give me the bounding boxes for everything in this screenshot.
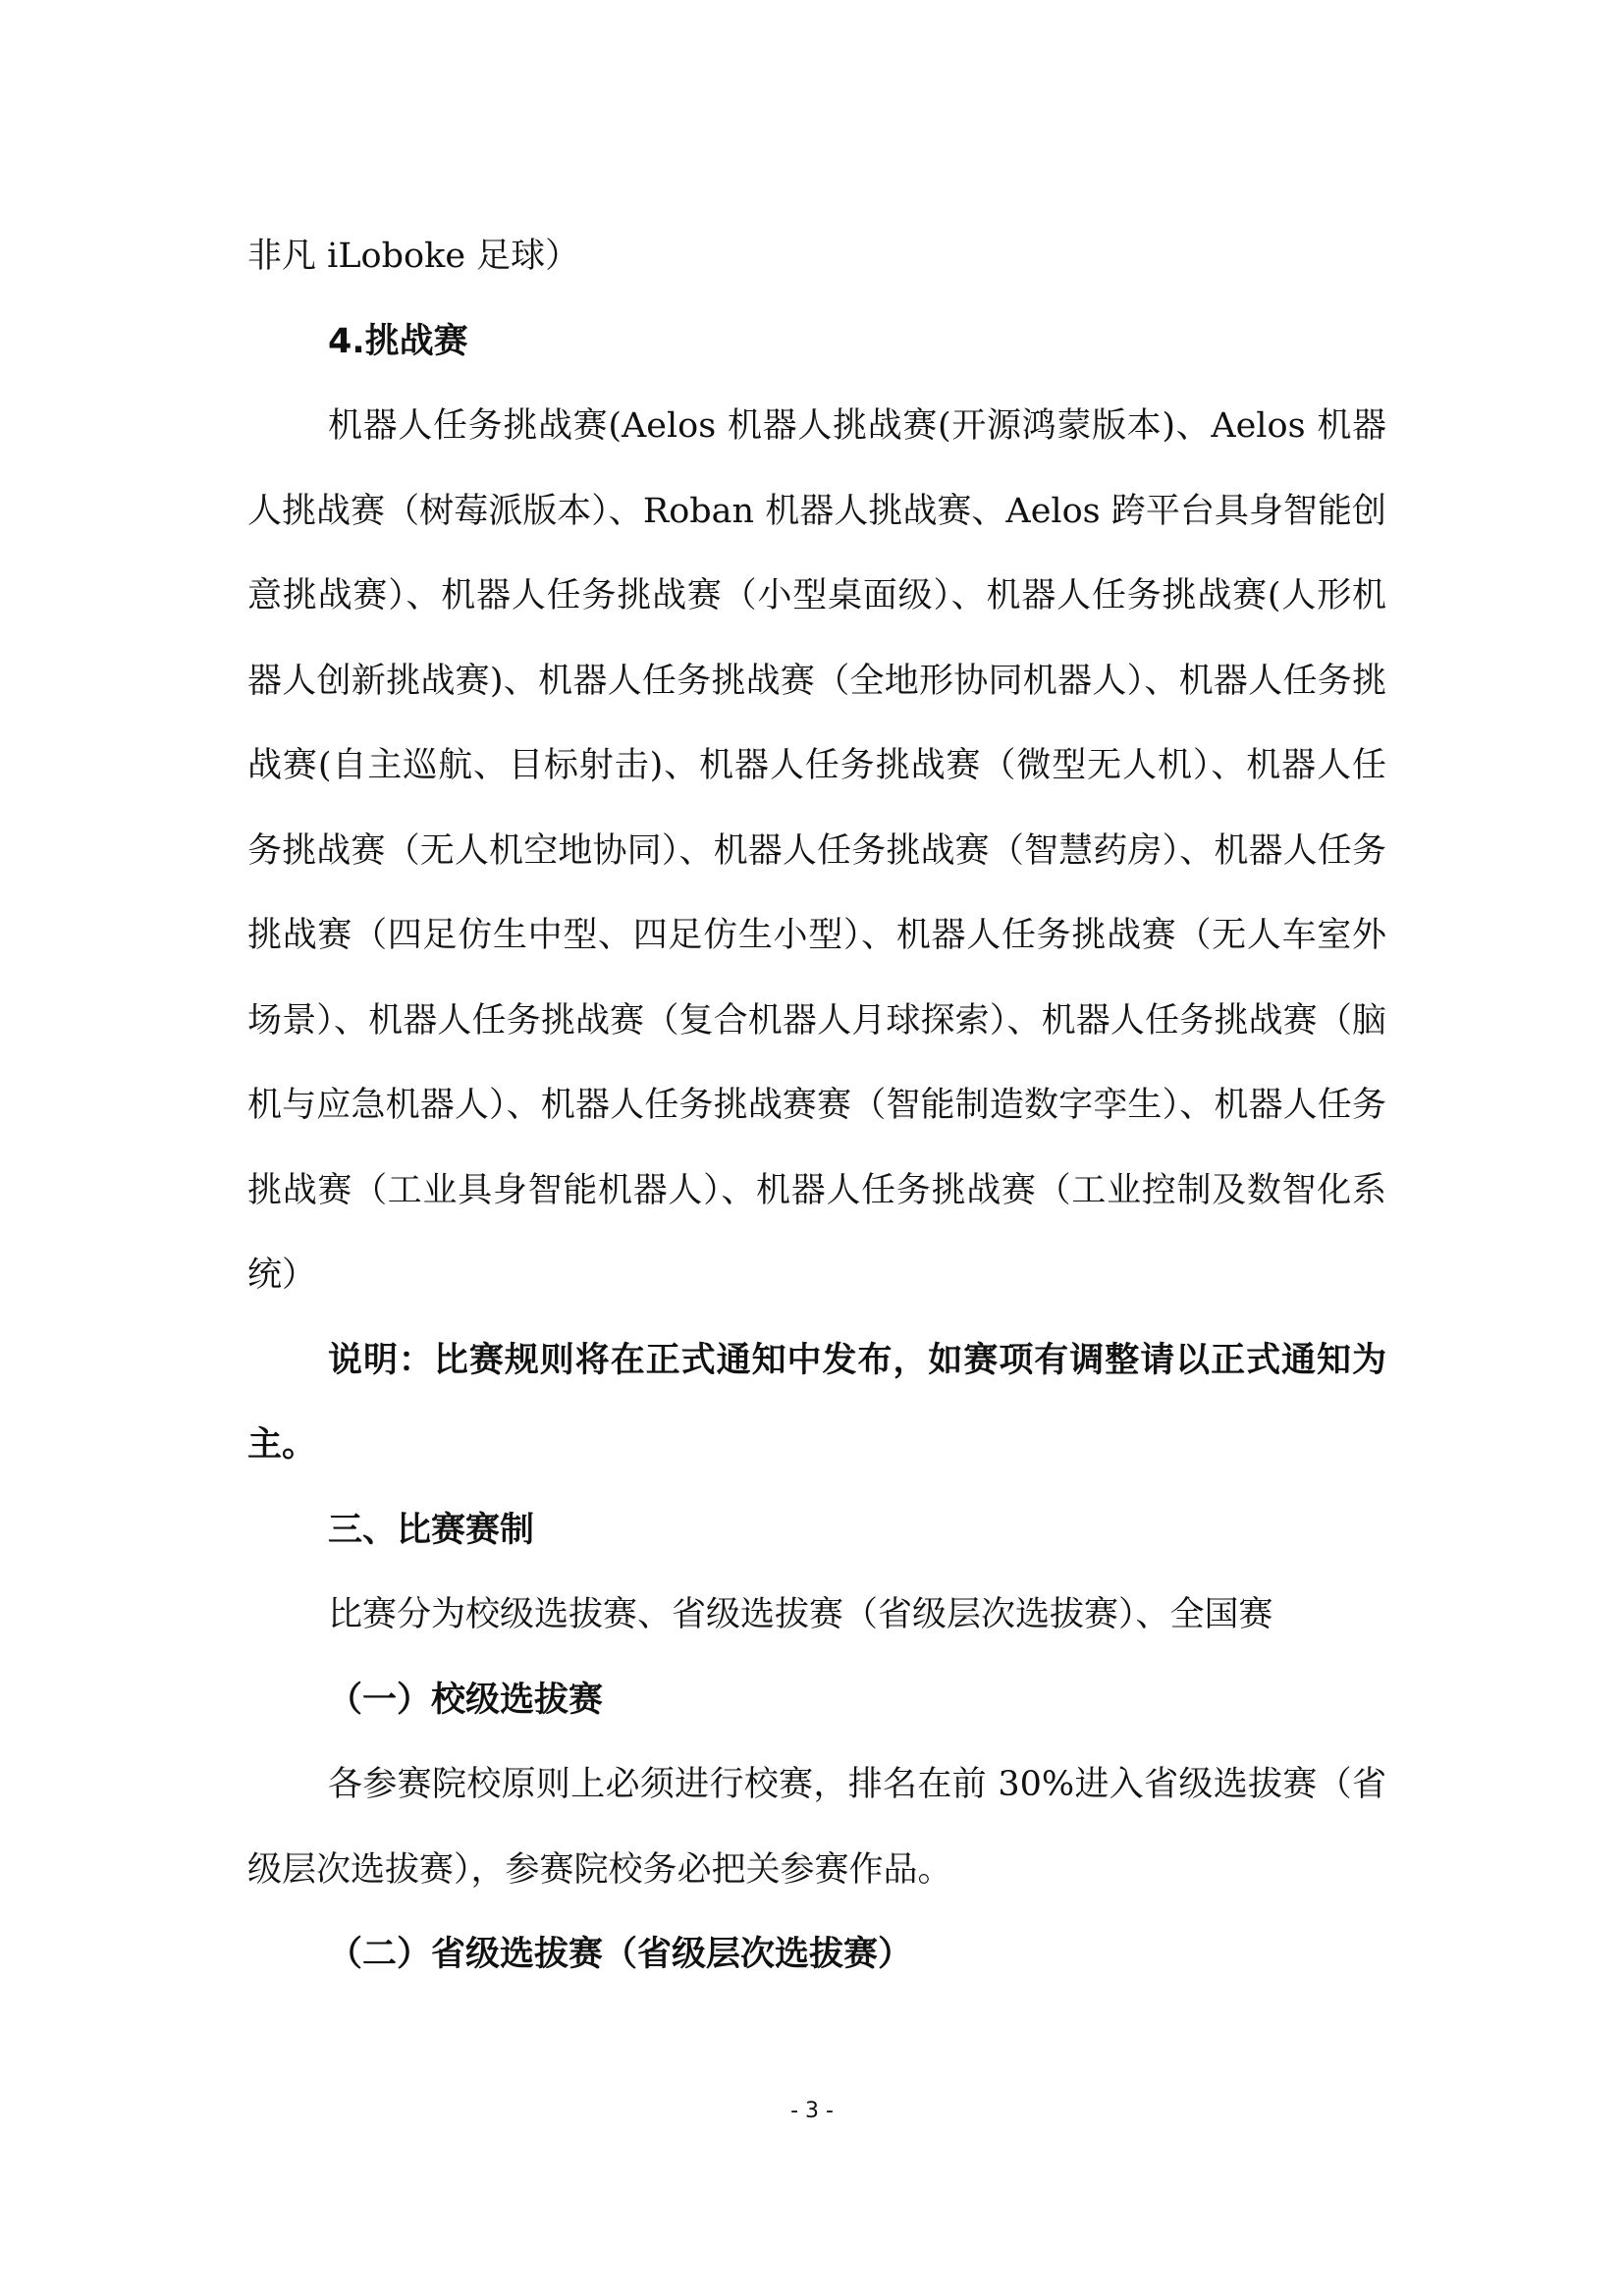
document-page: 非凡 iLoboke 足球） 4.挑战赛 机器人任务挑战赛(Aelos 机器人挑… — [247, 214, 1386, 1998]
section-4-body: 机器人任务挑战赛(Aelos 机器人挑战赛(开源鸿蒙版本)、Aelos 机器人挑… — [247, 384, 1386, 1318]
continuation-text: 非凡 iLoboke 足球） — [247, 214, 1386, 299]
subsection-1-heading: （一）校级选拔赛 — [247, 1658, 1386, 1743]
note-text: 说明：比赛规则将在正式通知中发布，如赛项有调整请以正式通知为主。 — [247, 1318, 1386, 1488]
section-4-heading: 4.挑战赛 — [247, 299, 1386, 385]
subsection-2-heading: （二）省级选拔赛（省级层次选拔赛） — [247, 1912, 1386, 1998]
page-number: - 3 - — [0, 2099, 1624, 2123]
section-3-heading: 三、比赛赛制 — [247, 1488, 1386, 1574]
subsection-1-body: 各参赛院校原则上必须进行校赛，排名在前 30%进入省级选拔赛（省级层次选拔赛），… — [247, 1742, 1386, 1912]
section-3-body: 比赛分为校级选拔赛、省级选拔赛（省级层次选拔赛）、全国赛 — [247, 1573, 1386, 1658]
